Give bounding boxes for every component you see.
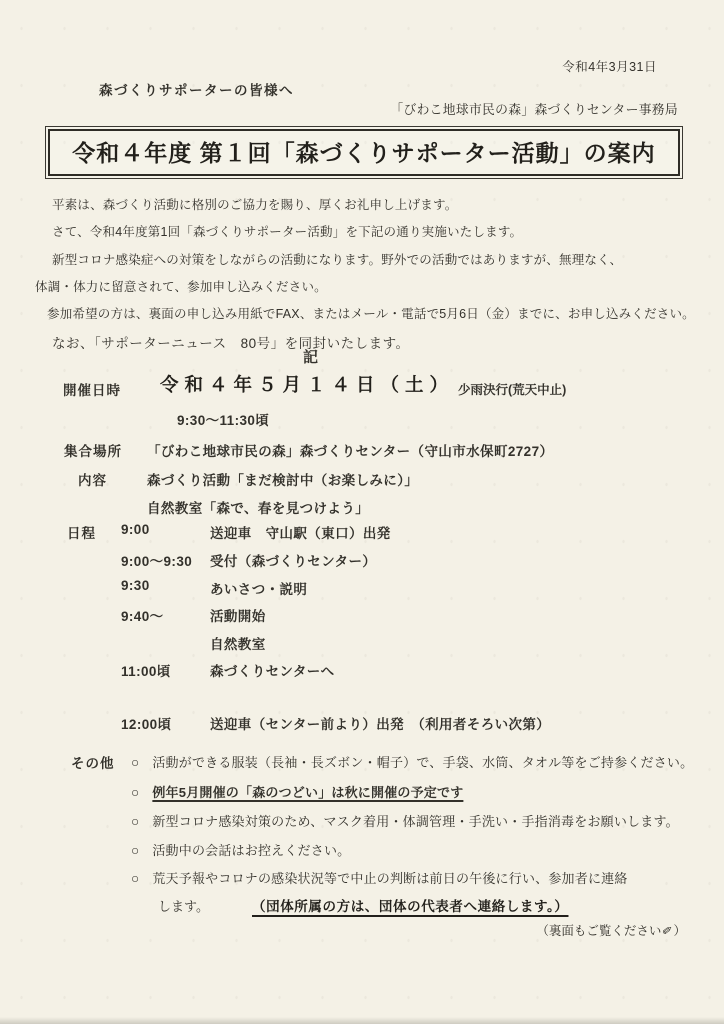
schedule-desc: 送迎車 守山駅（東口）出発 [210, 522, 391, 542]
other-note-item: ○新型コロナ感染対策のため、マスク着用・体調管理・手洗い・手指消毒をお願いします… [131, 811, 679, 830]
other-note-text: 活動ができる服装（長袖・長ズボン・帽子）で、手袋、水筒、タオル等をご持参ください… [152, 755, 693, 770]
circle-bullet-icon: ○ [131, 843, 139, 858]
schedule-time: 11:00頃 [121, 660, 171, 680]
other-note-text: 荒天予報やコロナの感染状況等で中止の判断は前日の午後に行い、参加者に連絡 [152, 871, 627, 886]
body-paragraph: なお、「サポーターニュース 80号」を同封いたします。 [52, 332, 410, 352]
salutation: 森づくりサポーターの皆様へ [99, 79, 294, 99]
pen-icon: ✐ [661, 923, 673, 938]
label-activity-content: 内容 [78, 469, 107, 489]
other-note-item: ○活動ができる服装（長袖・長ズボン・帽子）で、手袋、水筒、タオル等をご持参くださ… [131, 752, 693, 771]
body-paragraph: 参加希望の方は、裏面の申し込み用紙でFAX、またはメール・電話で5月6日（金）ま… [47, 304, 695, 322]
event-time-range: 9:30～11:30頃 [177, 409, 269, 429]
circle-bullet-icon: ○ [131, 785, 139, 800]
sender-organization: 「びわこ地球市民の森」森づくりセンター事務局 [390, 99, 678, 118]
activity-content-line2: 自然教室「森で、春を見つけよう」 [147, 497, 369, 517]
other-note-item: ○活動中の会話はお控えください。 [131, 840, 350, 859]
schedule-desc: あいさつ・説明 [210, 578, 307, 598]
schedule-desc: 受付（森づくりセンター） [210, 550, 376, 570]
schedule-desc: 活動開始 [210, 605, 266, 625]
other-note-continuation: します。 [158, 896, 209, 915]
schedule-time: 9:40～ [121, 605, 164, 625]
label-schedule: 日程 [67, 522, 96, 542]
other-note-text: 活動中の会話はお控えください。 [152, 843, 350, 858]
scanned-document-page: 令和4年3月31日 森づくりサポーターの皆様へ 「びわこ地球市民の森」森づくりセ… [0, 0, 724, 1024]
see-reverse-text-before: （裏面もご覧ください [536, 924, 661, 938]
circle-bullet-icon: ○ [131, 871, 139, 886]
group-contact-emphasis: （団体所属の方は、団体の代表者へ連絡します。） [252, 895, 568, 915]
see-reverse-text-after: ） [673, 924, 686, 938]
schedule-desc: 送迎車（センター前より）出発 （利用者そろい次第） [210, 713, 550, 733]
event-date-value: 令和４年５月１４日（土） [160, 371, 454, 397]
schedule-time: 9:00～9:30 [121, 550, 192, 570]
meeting-place-value: 「びわこ地球市民の森」森づくりセンター（守山市水保町2727） [147, 440, 553, 460]
schedule-time: 12:00頃 [121, 713, 171, 733]
activity-content-line1: 森づくり活動「まだ検討中（お楽しみに）」 [147, 469, 418, 489]
schedule-desc: 自然教室 [210, 633, 266, 653]
weather-note: 少雨決行(荒天中止) [458, 380, 566, 398]
label-meeting-place: 集合場所 [64, 440, 122, 460]
schedule-time: 9:30 [121, 578, 150, 593]
other-note-item: ○荒天予報やコロナの感染状況等で中止の判断は前日の午後に行い、参加者に連絡 [131, 868, 628, 887]
label-others: その他 [71, 752, 115, 772]
other-note-item: ○例年5月開催の「森のつどい」は秋に開催の予定です [131, 782, 463, 801]
other-note-text: 例年5月開催の「森のつどい」は秋に開催の予定です [152, 785, 463, 800]
other-note-text: 新型コロナ感染対策のため、マスク着用・体調管理・手洗い・手指消毒をお願いします。 [152, 814, 678, 829]
body-paragraph: さて、令和4年度第1回「森づくりサポーター活動」を下記の通り実施いたします。 [52, 222, 522, 240]
label-event-datetime: 開催日時 [63, 379, 121, 399]
issue-date: 令和4年3月31日 [562, 57, 657, 75]
title-box: 令和４年度 第１回「森づくりサポーター活動」の案内 [45, 126, 683, 179]
schedule-desc: 森づくりセンターへ [210, 660, 335, 680]
record-heading: 記 [303, 346, 319, 367]
schedule-time: 9:00 [121, 522, 150, 537]
body-paragraph: 体調・体力に留意されて、参加申し込みください。 [35, 277, 327, 295]
body-paragraph: 新型コロナ感染症への対策をしながらの活動になります。野外での活動ではありますが、… [52, 250, 622, 268]
circle-bullet-icon: ○ [131, 814, 139, 829]
circle-bullet-icon: ○ [131, 755, 139, 770]
body-paragraph: 平素は、森づくり活動に格別のご協力を賜り、厚くお礼申し上げます。 [52, 195, 457, 213]
see-reverse-note: （裏面もご覧ください✐） [536, 921, 686, 939]
document-title: 令和４年度 第１回「森づくりサポーター活動」の案内 [48, 129, 680, 176]
